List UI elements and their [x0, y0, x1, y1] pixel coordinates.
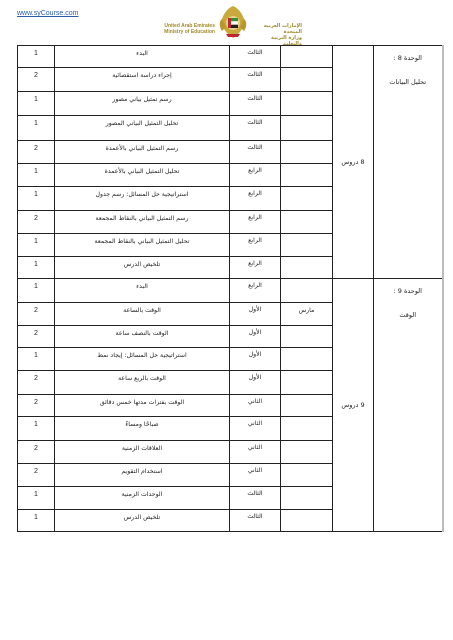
lesson-count-cell: 1 — [18, 279, 55, 303]
week-cell: الأول — [230, 371, 281, 395]
unit-name-cell: الوحدة 8 :تحليل البيانات — [374, 46, 443, 279]
week-cell: الثالث — [230, 68, 281, 92]
lesson-count-cell: 2 — [18, 395, 55, 417]
lesson-plan-table: 1البدءالثالث8 دروسالوحدة 8 :تحليل البيان… — [17, 45, 444, 532]
ministry-en-line2: Ministry of Education — [155, 29, 215, 35]
unit-title: تحليل البيانات — [374, 78, 442, 86]
lesson-title-cell: البدء — [55, 46, 230, 68]
week-cell: الأول — [230, 326, 281, 348]
week-cell: الثالث — [230, 487, 281, 510]
week-cell: الثاني — [230, 464, 281, 487]
week-cell: الرابع — [230, 234, 281, 257]
month-cell — [281, 257, 333, 279]
month-cell — [281, 141, 333, 164]
lesson-title-cell: استخدام التقويم — [55, 464, 230, 487]
week-cell: الرابع — [230, 257, 281, 279]
lesson-title-cell: تحليل التمثيل البياني بالنقاط المجمعة — [55, 234, 230, 257]
month-cell — [281, 211, 333, 234]
lesson-count-cell: 2 — [18, 441, 55, 464]
table-row: 1البدءالرابع9 دروسالوحدة 9 :الوقت — [18, 279, 443, 303]
month-cell — [281, 395, 333, 417]
week-cell: الثالث — [230, 116, 281, 141]
week-cell: الثالث — [230, 92, 281, 116]
lesson-count-cell: 2 — [18, 211, 55, 234]
week-cell: الثالث — [230, 141, 281, 164]
month-cell: مارس — [281, 303, 333, 326]
lesson-title-cell: العلاقات الزمنية — [55, 441, 230, 464]
month-cell — [281, 487, 333, 510]
month-cell — [281, 464, 333, 487]
lesson-title-cell: الوقت بالساعة — [55, 303, 230, 326]
week-cell: الثالث — [230, 46, 281, 68]
uae-emblem-icon — [218, 5, 248, 39]
week-cell: الرابع — [230, 187, 281, 211]
lesson-title-cell: الوقت بالنصف ساعة — [55, 326, 230, 348]
month-cell — [281, 68, 333, 92]
unit-label: الوحدة 9 : — [394, 287, 422, 295]
lesson-count-cell: 1 — [18, 46, 55, 68]
unit-label: الوحدة 8 : — [394, 54, 422, 62]
lesson-title-cell: رسم التمثيل البياني بالأعمدة — [55, 141, 230, 164]
lesson-count-cell: 2 — [18, 371, 55, 395]
month-cell — [281, 279, 333, 303]
week-cell: الثالث — [230, 510, 281, 532]
week-cell: الثاني — [230, 417, 281, 441]
lesson-count-cell: 2 — [18, 464, 55, 487]
week-cell: الأول — [230, 348, 281, 371]
month-cell — [281, 441, 333, 464]
lesson-title-cell: صباحًا ومساءً — [55, 417, 230, 441]
lesson-count-cell: 1 — [18, 164, 55, 187]
lesson-title-cell: تلخيص الدرس — [55, 510, 230, 532]
week-cell: الثاني — [230, 395, 281, 417]
month-cell — [281, 234, 333, 257]
lesson-count-cell: 1 — [18, 92, 55, 116]
lesson-title-cell: استراتيجية حل المسائل: رسم جدول — [55, 187, 230, 211]
ministry-ar-line1: الإمارات العربية المتحدة — [250, 23, 302, 35]
unit-lessons-count: 8 دروس — [333, 46, 374, 279]
lesson-title-cell: تحليل التمثيل البياني بالأعمدة — [55, 164, 230, 187]
month-cell — [281, 92, 333, 116]
ministry-name-english: United Arab Emirates Ministry of Educati… — [155, 23, 215, 35]
month-cell — [281, 371, 333, 395]
table-row: 1البدءالثالث8 دروسالوحدة 8 :تحليل البيان… — [18, 46, 443, 68]
lesson-title-cell: استراتيجية حل المسائل: إيجاد نمط — [55, 348, 230, 371]
lesson-title-cell: البدء — [55, 279, 230, 303]
lesson-count-cell: 1 — [18, 417, 55, 441]
week-cell: الرابع — [230, 279, 281, 303]
unit-lessons-count: 9 دروس — [333, 279, 374, 532]
month-cell — [281, 46, 333, 68]
month-cell — [281, 348, 333, 371]
lesson-count-cell: 1 — [18, 510, 55, 532]
week-cell: الرابع — [230, 164, 281, 187]
week-cell: الثاني — [230, 441, 281, 464]
week-cell: الرابع — [230, 211, 281, 234]
lesson-title-cell: الوقت بالربع ساعة — [55, 371, 230, 395]
lesson-title-cell: إجراء دراسة استقصائية — [55, 68, 230, 92]
lesson-count-cell: 1 — [18, 234, 55, 257]
month-cell — [281, 326, 333, 348]
lesson-title-cell: الوحدات الزمنية — [55, 487, 230, 510]
lesson-count-cell: 2 — [18, 326, 55, 348]
lesson-count-cell: 2 — [18, 68, 55, 92]
lesson-count-cell: 1 — [18, 187, 55, 211]
unit-name-cell: الوحدة 9 :الوقت — [374, 279, 443, 532]
lesson-count-cell: 2 — [18, 141, 55, 164]
lesson-count-cell: 2 — [18, 303, 55, 326]
lesson-title-cell: رسم تمثيل بياني مصور — [55, 92, 230, 116]
site-link[interactable]: www.syCourse.com — [17, 10, 78, 17]
month-cell — [281, 417, 333, 441]
month-cell — [281, 510, 333, 532]
month-cell — [281, 164, 333, 187]
lesson-title-cell: رسم التمثيل البياني بالنقاط المجمعة — [55, 211, 230, 234]
lesson-title-cell: تلخيص الدرس — [55, 257, 230, 279]
lesson-title-cell: تحليل التمثيل البياني المصور — [55, 116, 230, 141]
lesson-count-cell: 1 — [18, 257, 55, 279]
month-cell — [281, 187, 333, 211]
week-cell: الأول — [230, 303, 281, 326]
lesson-title-cell: الوقت بفترات مدتها خمس دقائق — [55, 395, 230, 417]
month-cell — [281, 116, 333, 141]
unit-title: الوقت — [374, 311, 442, 319]
lesson-count-cell: 1 — [18, 348, 55, 371]
lesson-count-cell: 1 — [18, 116, 55, 141]
lesson-count-cell: 1 — [18, 487, 55, 510]
ministry-name-arabic: الإمارات العربية المتحدة وزارة التربية و… — [250, 23, 302, 47]
